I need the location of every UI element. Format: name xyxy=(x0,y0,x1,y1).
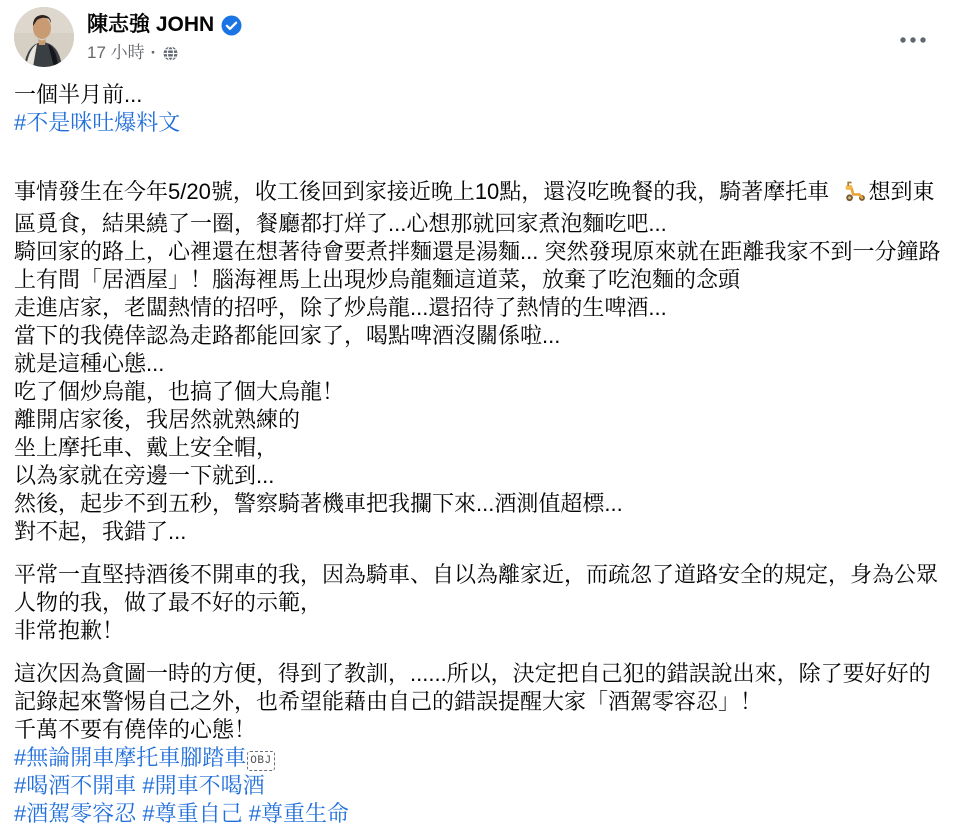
post-text: 離開店家後，我居然就熟練的 xyxy=(14,407,300,432)
post-text: 坐上摩托車、戴上安全帽， xyxy=(14,435,278,460)
post-body: 一個半月前...#不是咪吐爆料文事情發生在今年5/20號，收工後回到家接近晚上1… xyxy=(14,81,946,828)
post-text: 就是這種心態... xyxy=(14,351,164,376)
author-name[interactable]: 陳志強 JOHN xyxy=(87,12,214,38)
hashtag-link[interactable]: #尊重自己 xyxy=(142,801,242,826)
post-text-line: 非常抱歉！ xyxy=(14,617,946,645)
hashtag-link[interactable]: #尊重生命 xyxy=(249,801,349,826)
hashtag-link[interactable]: #喝酒不開車 xyxy=(14,773,136,798)
meta-separator: · xyxy=(151,43,157,63)
blank-line xyxy=(14,645,946,660)
post-text-line: 走進店家，老闆熱情的招呼，除了炒烏龍...還招待了熱情的生啤酒... xyxy=(14,294,946,322)
post-text-line: 一個半月前... xyxy=(14,81,946,109)
post-text-line: 千萬不要有僥倖的心態！ xyxy=(14,716,946,744)
post-text: 然後，起步不到五秒，警察騎著機車把我攔下來...酒測值超標... xyxy=(14,491,623,516)
post-text-line: 騎回家的路上，心裡還在想著待會要煮拌麵還是湯麵... 突然發現原來就在距離我家不… xyxy=(14,238,946,294)
profile-photo xyxy=(14,7,74,67)
post-text: 當下的我僥倖認為走路都能回家了，喝點啤酒沒關係啦... xyxy=(14,323,560,348)
post-text: 千萬不要有僥倖的心態！ xyxy=(14,717,256,742)
post-text: 非常抱歉！ xyxy=(14,618,124,643)
post-header: 陳志強 JOHN 17 小時 · xyxy=(14,7,946,67)
avatar[interactable] xyxy=(14,7,74,67)
post-text: 平常一直堅持酒後不開車的我，因為騎車、自以為離家近，而疏忽了道路安全的規定，身為… xyxy=(14,562,938,615)
post-text: 走進店家，老闆熱情的招呼，除了炒烏龍...還招待了熱情的生啤酒... xyxy=(14,295,667,320)
post-text-line: 這次因為貪圖一時的方便，得到了教訓，......所以，決定把自己犯的錯誤說出來，… xyxy=(14,660,946,716)
object-replacement-char: OBJ xyxy=(247,751,274,771)
post-text-line: 然後，起步不到五秒，警察騎著機車把我攔下來...酒測值超標... xyxy=(14,490,946,518)
post-text-line: 對不起，我錯了... xyxy=(14,518,946,546)
post-text: 以為家就在旁邊一下就到... xyxy=(14,463,274,488)
more-options-button[interactable] xyxy=(892,27,934,57)
post-text-line: #酒駕零容忍 #尊重自己 #尊重生命 xyxy=(14,800,946,828)
author-row: 陳志強 JOHN xyxy=(87,12,242,38)
post-text-line: 坐上摩托車、戴上安全帽， xyxy=(14,434,946,462)
blank-line xyxy=(14,546,946,561)
post-text: 這次因為貪圖一時的方便，得到了教訓，......所以，決定把自己犯的錯誤說出來，… xyxy=(14,661,931,714)
scooter-icon xyxy=(831,152,866,210)
post-text-line: 事情發生在今年5/20號，收工後回到家接近晚上10點，還沒吃晚餐的我，騎著摩托車… xyxy=(14,152,946,238)
post-text-line: #無論開車摩托車腳踏車OBJ xyxy=(14,744,946,772)
globe-icon xyxy=(162,45,179,62)
blank-line xyxy=(14,137,946,152)
verified-badge-icon xyxy=(221,15,242,36)
post-text-line: 吃了個炒烏龍，也搞了個大烏龍！ xyxy=(14,378,946,406)
post-text-line: 當下的我僥倖認為走路都能回家了，喝點啤酒沒關係啦... xyxy=(14,322,946,350)
post-text: 事情發生在今年5/20號，收工後回到家接近晚上10點，還沒吃晚餐的我，騎著摩托車 xyxy=(14,179,829,204)
post-text: 騎回家的路上，心裡還在想著待會要煮拌麵還是湯麵... 突然發現原來就在距離我家不… xyxy=(14,239,940,292)
post-text-line: 離開店家後，我居然就熟練的 xyxy=(14,406,946,434)
hashtag-link[interactable]: #開車不喝酒 xyxy=(142,773,264,798)
hashtag-link[interactable]: #酒駕零容忍 xyxy=(14,801,136,826)
facebook-post: 陳志強 JOHN 17 小時 · xyxy=(0,0,960,838)
post-text-line: 以為家就在旁邊一下就到... xyxy=(14,462,946,490)
post-text: 對不起，我錯了... xyxy=(14,519,186,544)
three-dots-icon xyxy=(898,34,928,46)
post-text-line: #不是咪吐爆料文 xyxy=(14,109,946,137)
header-info: 陳志強 JOHN 17 小時 · xyxy=(87,7,242,63)
hashtag-link[interactable]: #不是咪吐爆料文 xyxy=(14,110,180,135)
post-text-line: 就是這種心態... xyxy=(14,350,946,378)
post-text-line: #喝酒不開車 #開車不喝酒 xyxy=(14,772,946,800)
post-text: 一個半月前... xyxy=(14,82,142,107)
post-timestamp[interactable]: 17 小時 xyxy=(87,43,145,63)
post-text: 吃了個炒烏龍，也搞了個大烏龍！ xyxy=(14,379,344,404)
post-text-line: 平常一直堅持酒後不開車的我，因為騎車、自以為離家近，而疏忽了道路安全的規定，身為… xyxy=(14,561,946,617)
hashtag-link[interactable]: #無論開車摩托車腳踏車 xyxy=(14,745,246,770)
post-meta: 17 小時 · xyxy=(87,43,242,63)
